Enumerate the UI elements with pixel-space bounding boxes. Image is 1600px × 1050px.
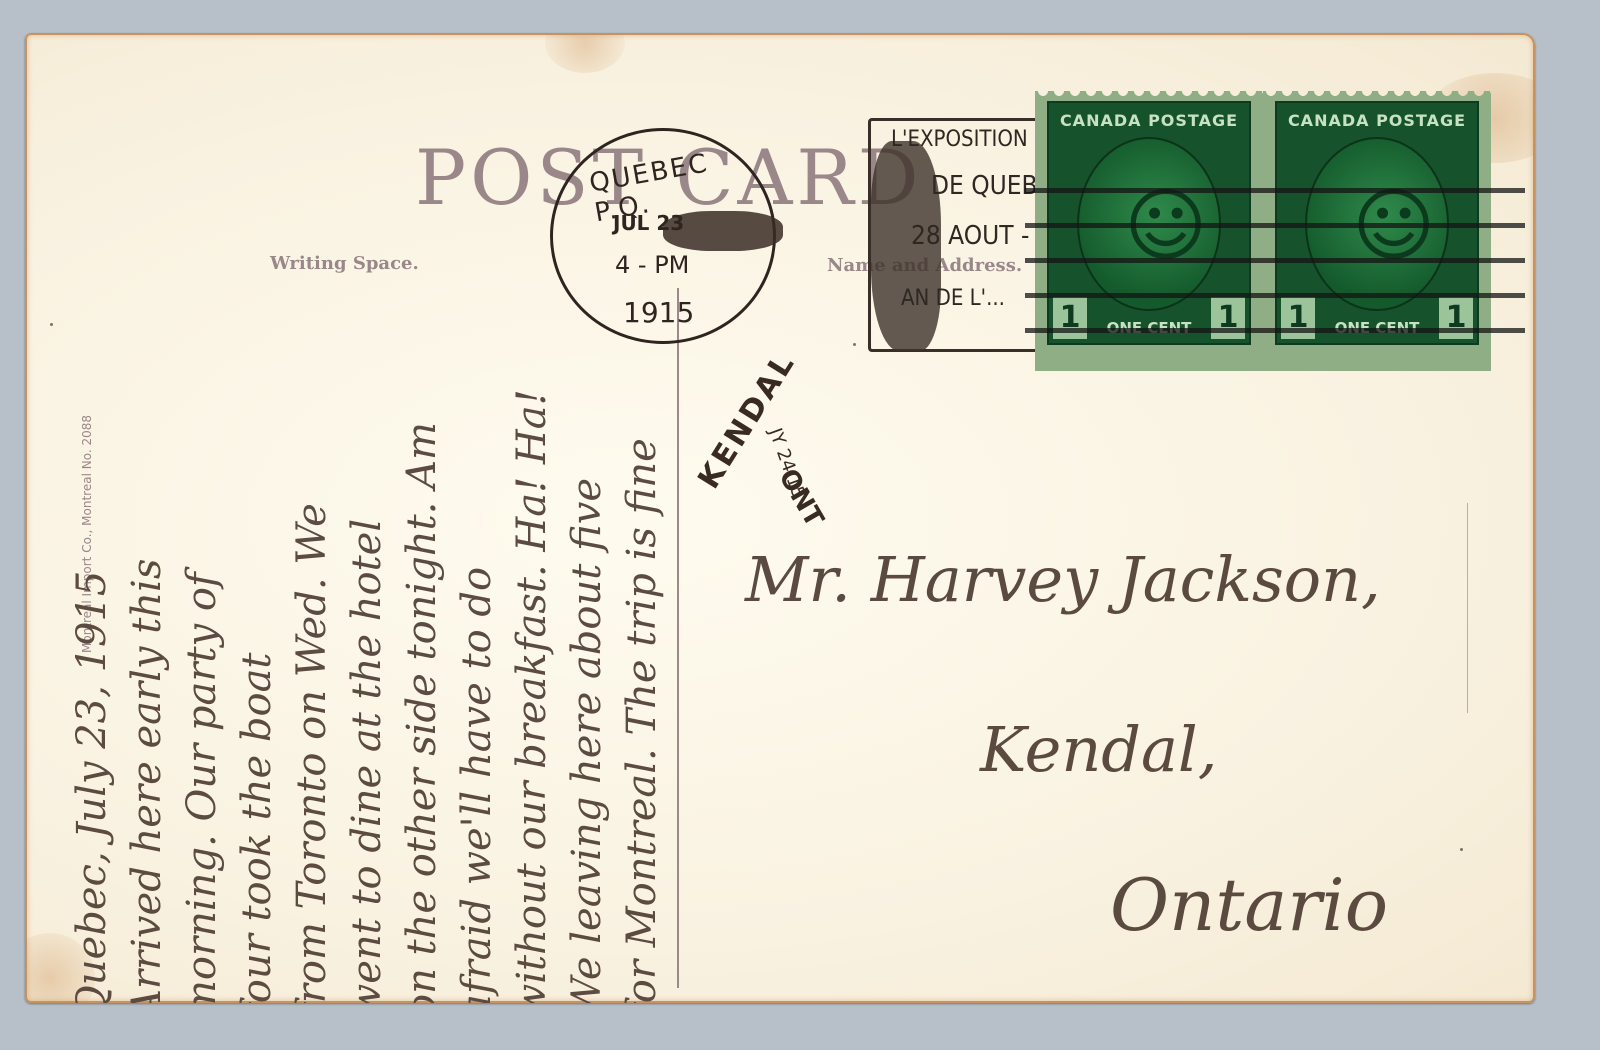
ink-speck bbox=[50, 323, 53, 326]
king-portrait-icon: ☺ bbox=[1124, 179, 1207, 272]
postcard-back: POST CARD Writing Space. Name and Addres… bbox=[25, 33, 1535, 1003]
message-line: from Toronto on Wed. We bbox=[285, 78, 340, 1003]
stamp-portrait-oval: ☺ bbox=[1305, 137, 1449, 311]
stamp-value: 1 bbox=[1281, 297, 1315, 339]
message-line: Arrived here early this bbox=[120, 78, 175, 1003]
postmark-date: JUL 23 bbox=[613, 211, 684, 235]
origin-postmark: QUEBEC P.Q. JUL 23 4 - PM 1915 bbox=[550, 128, 776, 344]
message-line: afraid we'll have to do bbox=[450, 78, 505, 1003]
age-stain bbox=[545, 33, 625, 73]
recipient-name: Mr. Harvey Jackson, bbox=[745, 543, 1381, 616]
message-line: went to dine at the hotel bbox=[340, 78, 395, 1003]
stamp-denomination: ONE CENT bbox=[1327, 319, 1427, 337]
message-line: on the other side tonight. Am bbox=[395, 78, 450, 1003]
message-line: morning. Our party of bbox=[175, 78, 230, 1003]
stamp-legend: CANADA POSTAGE bbox=[1277, 111, 1477, 130]
postage-stamp: CANADA POSTAGE ☺ 1 ONE CENT 1 bbox=[1263, 91, 1491, 371]
stamp-value: 1 bbox=[1439, 297, 1473, 339]
slogan-line: AN DE L'... bbox=[901, 286, 1005, 311]
ink-speck bbox=[1460, 848, 1463, 851]
message-line: four took the boat bbox=[230, 78, 285, 1003]
postmark-time: 4 - PM bbox=[615, 251, 689, 279]
stamp-design: CANADA POSTAGE ☺ 1 ONE CENT 1 bbox=[1047, 101, 1251, 345]
receiving-province: ONT bbox=[772, 464, 829, 532]
postage-stamp: CANADA POSTAGE ☺ 1 ONE CENT 1 bbox=[1035, 91, 1263, 371]
slogan-line: L'EXPOSITION bbox=[891, 127, 1028, 152]
stamp-design: CANADA POSTAGE ☺ 1 ONE CENT 1 bbox=[1275, 101, 1479, 345]
message-line: Quebec, July 23, 1915 bbox=[65, 78, 120, 1003]
stamp-portrait-oval: ☺ bbox=[1077, 137, 1221, 311]
stamp-value: 1 bbox=[1211, 297, 1245, 339]
stamp-legend: CANADA POSTAGE bbox=[1049, 111, 1249, 130]
king-portrait-icon: ☺ bbox=[1352, 179, 1435, 272]
stamp-pair: CANADA POSTAGE ☺ 1 ONE CENT 1 CANADA POS… bbox=[1035, 91, 1491, 371]
recipient-town: Kendal, bbox=[980, 713, 1217, 786]
faint-rule bbox=[1467, 503, 1468, 713]
recipient-province: Ontario bbox=[1110, 863, 1388, 947]
stamp-value: 1 bbox=[1053, 297, 1087, 339]
receiving-postmark: KENDAL JY 24 15 ONT bbox=[670, 323, 880, 573]
stamp-denomination: ONE CENT bbox=[1099, 319, 1199, 337]
